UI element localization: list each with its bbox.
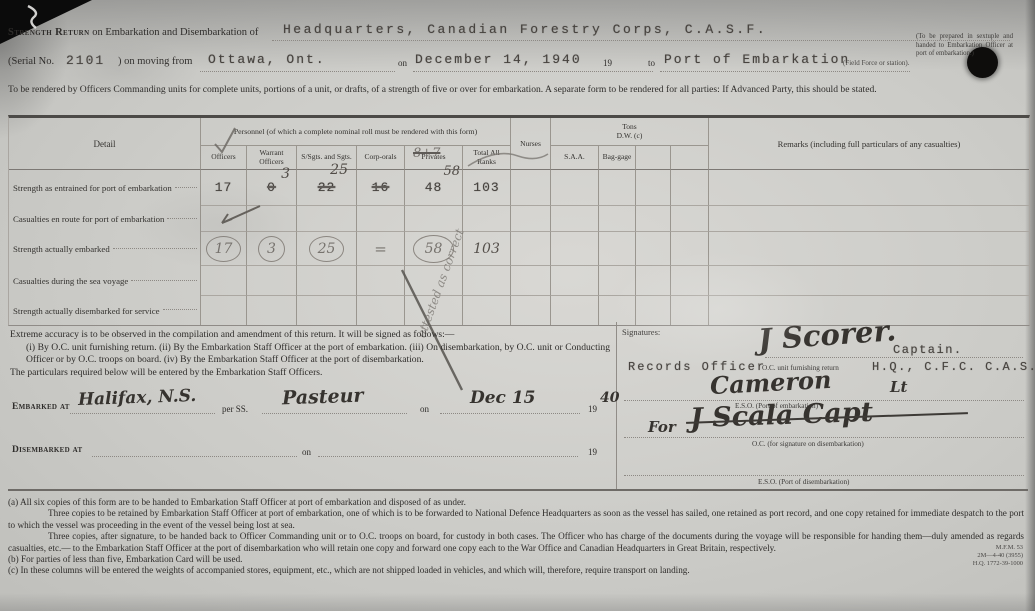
col-header-officers: Officers — [201, 146, 247, 170]
signatures-label: Signatures: — [622, 327, 660, 337]
render-instructions: To be rendered by Officers Commanding un… — [8, 84, 1023, 96]
serial-label: (Serial No. — [8, 56, 54, 67]
form-title-smallcaps: Strength Return — [8, 27, 90, 38]
cell-empty — [511, 206, 551, 232]
on-label-embarked: on — [420, 404, 429, 414]
cell-empty — [357, 296, 405, 325]
cell-empty — [511, 170, 551, 206]
cell-empty — [511, 296, 551, 325]
col-header-detail: Detail — [9, 118, 201, 170]
disembarked-at-label: Disembarked at — [12, 445, 82, 455]
cell-empty — [599, 206, 636, 232]
col-header-sgts: S/Sgts. and Sgts. — [297, 146, 357, 170]
per-ss-label: per SS. — [222, 404, 248, 414]
ruled-line — [660, 70, 910, 72]
cell-empty — [599, 266, 636, 296]
cell-empty — [405, 266, 463, 296]
cell-empty — [671, 266, 709, 296]
ruled-line — [624, 436, 1024, 438]
footnote-a-para-1: Three copies to be retained by Embarkati… — [8, 508, 1024, 531]
cell-empty — [636, 170, 671, 206]
on-label-disembarked: on — [302, 447, 311, 457]
cell-entrained-officers: 17 — [201, 170, 247, 206]
ruled-line — [92, 455, 297, 457]
cell-empty — [671, 232, 709, 266]
cell-empty — [551, 170, 599, 206]
embarked-at-label: Embarked at — [12, 402, 70, 412]
col-header-total: Total All Ranks — [463, 146, 511, 170]
cell-remarks-empty — [709, 266, 1029, 296]
handwritten-total: 103 — [473, 241, 500, 257]
circled-value: 17 — [206, 236, 242, 262]
cell-entrained-warrant: 0 3 — [247, 170, 297, 206]
cell-empty — [511, 232, 551, 266]
cell-empty — [636, 266, 671, 296]
accuracy-line-2: (i) By O.C. unit furnishing return. (ii)… — [10, 342, 610, 367]
cell-empty — [599, 232, 636, 266]
ruled-line — [70, 412, 215, 414]
cell-empty — [405, 206, 463, 232]
cell-empty — [201, 296, 247, 325]
year-print: 19 — [603, 58, 612, 68]
row-label-embarked: Strength actually embarked — [9, 232, 201, 266]
print-ref-batch: 2M—4-40 (3955) — [973, 552, 1023, 560]
print-ref-form: M.F.M. 53 — [973, 544, 1023, 552]
form-title: Strength Return on Embarkation and Disem… — [8, 27, 258, 38]
scanned-strength-return-form: { "header": { "title_sc": "Strength Retu… — [0, 0, 1035, 611]
embark-date-handwritten: Dec 15 — [470, 388, 536, 408]
cell-empty — [511, 266, 551, 296]
cell-entrained-sgts: 22 25 — [297, 170, 357, 206]
cell-empty — [405, 296, 463, 325]
oc-unit-typed: H.Q., C.F.C. C.A.S.F. — [872, 360, 1035, 374]
pencil-amendment: 58 — [443, 164, 460, 179]
cell-empty — [671, 206, 709, 232]
cell-entrained-corporals: 16 — [357, 170, 405, 206]
cell-empty — [551, 206, 599, 232]
embarked-place-handwritten: Halifax, N.S. — [78, 386, 197, 410]
cell-empty — [636, 206, 671, 232]
to-label: to — [648, 58, 655, 68]
footnotes: (a) All six copies of this form are to b… — [8, 497, 1024, 577]
cell-empty — [463, 206, 511, 232]
footnote-a: (a) All six copies of this form are to b… — [8, 497, 1024, 508]
form-title-rest: on Embarkation and Disembarkation of — [92, 27, 258, 38]
cell-remarks-empty — [709, 206, 1029, 232]
oc-disembarkation-label: O.C. (for signature on disembarkation) — [752, 440, 864, 448]
ruled-line — [624, 474, 1024, 476]
cell-empty — [551, 232, 599, 266]
circled-value: 3 — [258, 236, 285, 262]
footnote-a-para-2: Three copies, after signature, to be han… — [8, 531, 1024, 554]
scan-shadow-bottom — [0, 593, 1035, 611]
cell-empty — [671, 170, 709, 206]
cell-empty — [297, 206, 357, 232]
col-header-nurses: Nurses — [511, 118, 551, 170]
accuracy-instructions: Extreme accuracy is to be observed in th… — [10, 329, 610, 379]
accuracy-line-1: Extreme accuracy is to be observed in th… — [10, 329, 610, 342]
col-header-blank-1 — [636, 146, 671, 170]
year-print-disembarked: 19 — [588, 447, 597, 457]
date-typed: December 14, 1940 — [415, 52, 582, 67]
cell-empty — [551, 296, 599, 325]
row-label-entrained: Strength as entrained for port of embark… — [9, 170, 201, 206]
cell-empty — [357, 206, 405, 232]
destination-typed: Port of Embarkation — [664, 52, 850, 67]
moving-from-typed: Ottawa, Ont. — [208, 52, 326, 67]
section-rule — [8, 489, 1028, 491]
cell-embarked-corporals: = — [357, 232, 405, 266]
cell-empty — [247, 296, 297, 325]
year-print-embarked: 19 — [588, 404, 597, 414]
cell-empty — [551, 266, 599, 296]
footnote-b: (b) For parties of less than five, Embar… — [8, 554, 1024, 565]
ship-name-handwritten: Pasteur — [282, 385, 364, 410]
eso-port-disembarkation-label: E.S.O. (Port of disembarkation) — [758, 478, 849, 486]
cell-empty — [201, 206, 247, 232]
cell-empty — [599, 296, 636, 325]
cell-entrained-privates: 48 58 8+7 — [405, 170, 463, 206]
cell-empty — [357, 266, 405, 296]
circled-value: 58 — [413, 235, 455, 263]
cell-empty — [247, 266, 297, 296]
footnote-c: (c) In these columns will be entered the… — [8, 565, 1024, 576]
pencil-amendment: 3 — [281, 166, 290, 182]
col-header-baggage: Bag-gage — [599, 146, 636, 170]
unit-name-typed: Headquarters, Canadian Forestry Corps, C… — [283, 22, 767, 37]
ruled-line — [262, 412, 407, 414]
cell-remarks-empty — [709, 170, 1029, 206]
col-header-remarks: Remarks (including full particulars of a… — [709, 118, 1029, 170]
print-reference: M.F.M. 53 2M—4-40 (3955) H.Q. 1772-39-10… — [973, 544, 1023, 568]
ruled-line — [413, 70, 653, 72]
print-ref-hq: H.Q. 1772-39-1000 — [973, 560, 1023, 568]
eso-signature: Cameron — [709, 365, 832, 400]
moving-from-label: ) on moving from — [118, 56, 192, 67]
cell-empty — [599, 170, 636, 206]
col-header-tons: Tons D.W. (c) — [551, 118, 709, 146]
prepare-in-sextuple-note: (To be prepared in sextuple and handed t… — [916, 33, 1013, 59]
cell-empty — [636, 232, 671, 266]
pencil-amendment: 25 — [330, 162, 348, 178]
col-header-saa: S.A.A. — [551, 146, 599, 170]
for-word: For — [648, 418, 676, 436]
equals-mark: = — [374, 240, 387, 258]
cell-embarked-privates: 58 — [405, 232, 463, 266]
accuracy-line-3: The particulars required below will be e… — [10, 367, 610, 380]
ruled-line — [272, 39, 1010, 41]
tons-line2: D.W. (c) — [617, 131, 643, 140]
cell-empty — [297, 266, 357, 296]
cell-empty — [201, 266, 247, 296]
col-header-personnel: Personnel (of which a complete nominal r… — [201, 118, 511, 146]
cell-embarked-sgts: 25 — [297, 232, 357, 266]
cell-embarked-officers: 17 — [201, 232, 247, 266]
row-label-casualties-enroute: Casualties en route for port of embarkat… — [9, 206, 201, 232]
cell-empty — [297, 296, 357, 325]
ruled-line — [200, 70, 395, 72]
cell-empty — [247, 206, 297, 232]
cell-empty — [463, 266, 511, 296]
cell-remarks-empty — [709, 232, 1029, 266]
cell-empty — [671, 296, 709, 325]
row-label-disembarked: Strength actually disembarked for servic… — [9, 296, 201, 325]
cell-embarked-warrant: 3 — [247, 232, 297, 266]
pencil-scribble: 8+7 — [413, 146, 440, 161]
strength-table: Detail Personnel (of which a complete no… — [8, 115, 1030, 326]
on-label: on — [398, 58, 407, 68]
col-header-corporals: Corp-orals — [357, 146, 405, 170]
col-header-blank-2 — [671, 146, 709, 170]
cell-empty — [636, 296, 671, 325]
year-handwritten: 40 — [600, 390, 619, 406]
cell-entrained-total: 103 — [463, 170, 511, 206]
ruled-line — [440, 412, 580, 414]
oc-rank-typed: Captain. — [893, 343, 963, 357]
serial-number: 2101 — [66, 53, 105, 68]
row-label-casualties-voyage: Casualties during the sea voyage — [9, 266, 201, 296]
circled-value: 25 — [309, 236, 345, 262]
ruled-line — [765, 356, 1023, 358]
cell-embarked-total: 103 — [463, 232, 511, 266]
eso-rank: Lt — [890, 378, 907, 396]
ruled-line — [318, 455, 578, 457]
cell-empty — [463, 296, 511, 325]
field-force-note: (Field Force or station). — [843, 59, 910, 67]
